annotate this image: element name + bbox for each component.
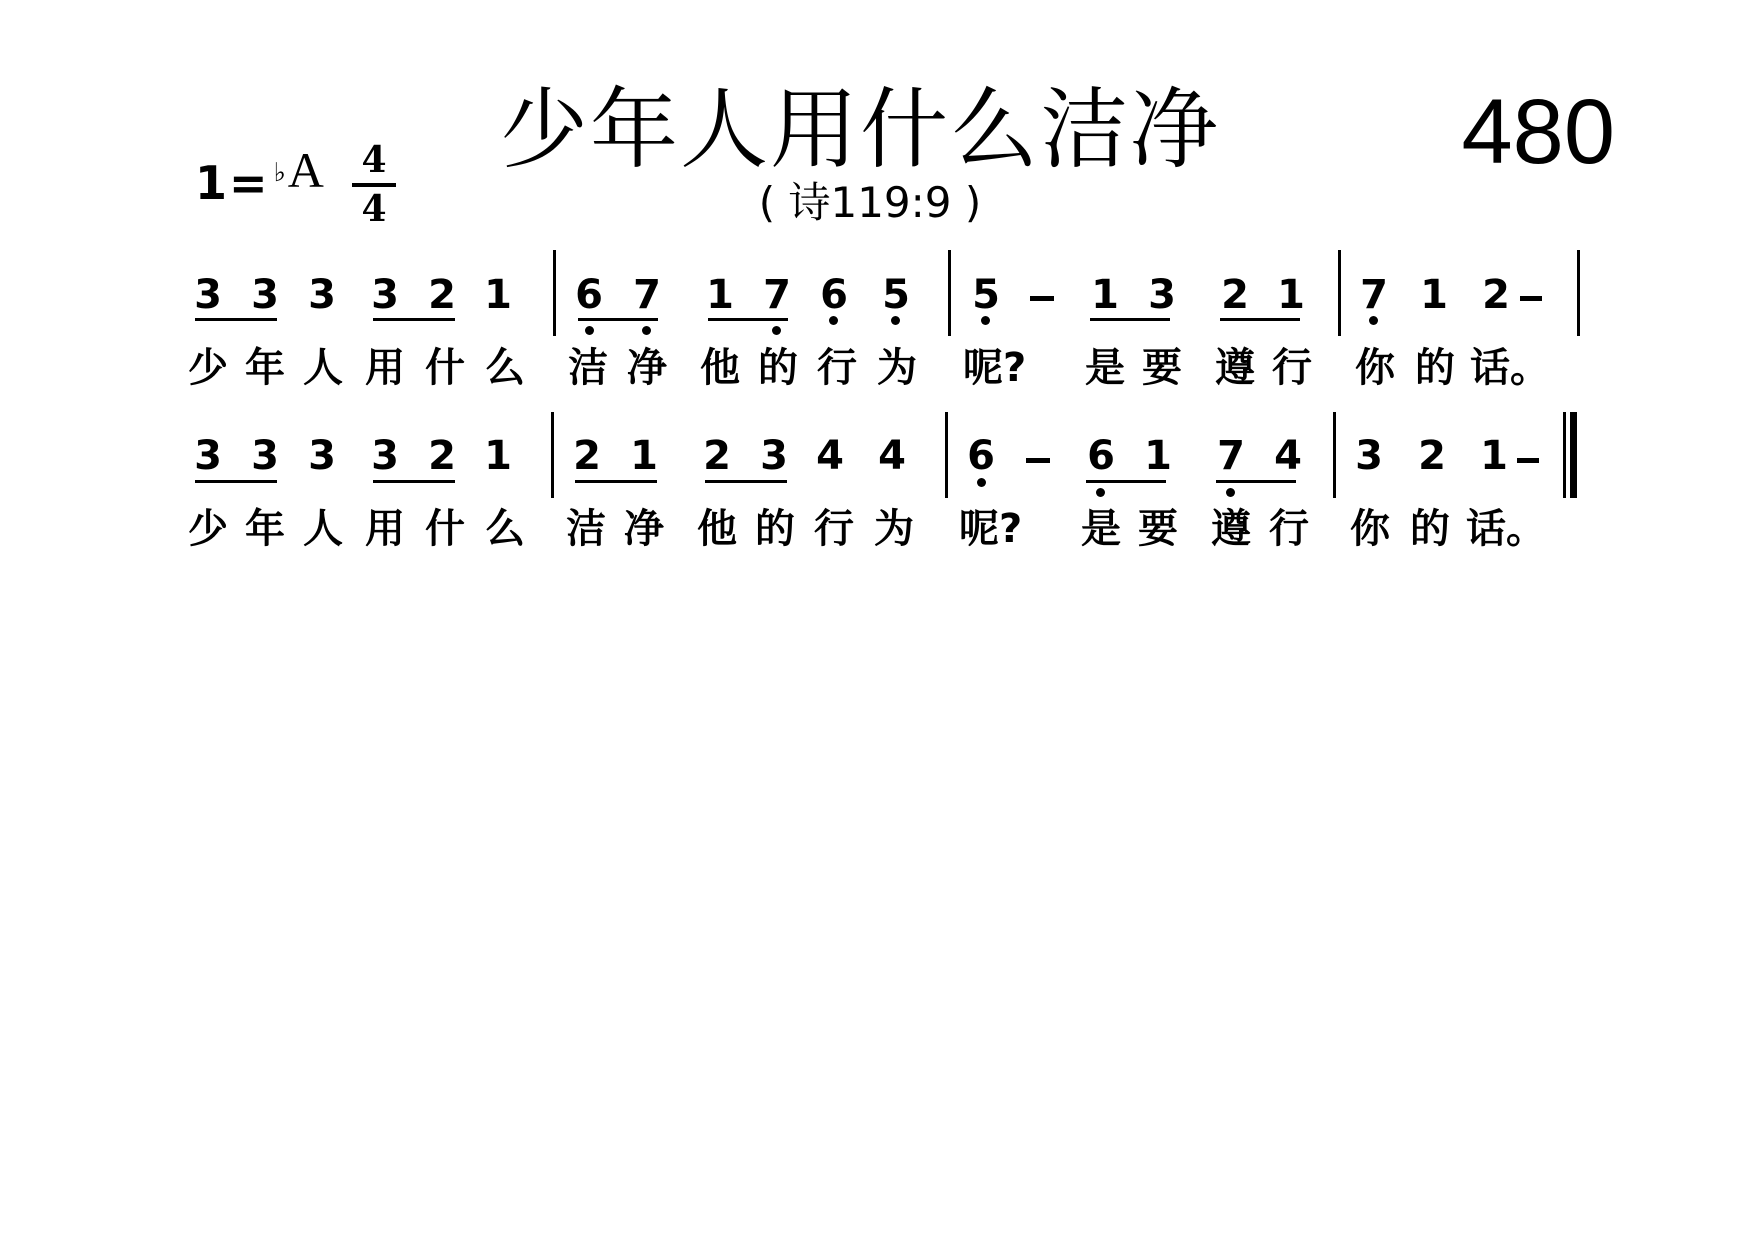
eighth-beam bbox=[705, 480, 787, 483]
eighth-beam bbox=[1216, 480, 1296, 483]
note: 3 bbox=[302, 273, 342, 317]
lyric: 要 bbox=[1137, 345, 1187, 391]
note: 2 bbox=[1476, 273, 1516, 317]
eighth-beam bbox=[195, 318, 277, 321]
lyric: 行 bbox=[809, 506, 859, 552]
note: 1 bbox=[478, 273, 518, 317]
low-octave-dot bbox=[642, 326, 651, 335]
barline bbox=[945, 412, 948, 498]
note: 4 bbox=[810, 434, 850, 478]
lyric: 的 bbox=[1410, 345, 1460, 391]
lyric: 的 bbox=[753, 345, 803, 391]
eighth-beam bbox=[195, 480, 277, 483]
page-title: 少年人用什么洁净 bbox=[430, 80, 1290, 180]
eighth-beam bbox=[373, 318, 455, 321]
note: 3 bbox=[1349, 434, 1389, 478]
barline bbox=[551, 412, 554, 498]
barline bbox=[948, 250, 951, 336]
lyric: 少 bbox=[183, 345, 233, 391]
key-note: A bbox=[286, 148, 326, 192]
lyric: 话。 bbox=[1470, 345, 1550, 391]
note: 3 bbox=[302, 434, 342, 478]
note: 1 bbox=[700, 273, 740, 317]
lyric: 为 bbox=[872, 345, 922, 391]
lyric: 是 bbox=[1076, 506, 1126, 552]
lyric: 净 bbox=[619, 506, 669, 552]
eighth-beam bbox=[1086, 480, 1166, 483]
lyric: 为 bbox=[869, 506, 919, 552]
lyric: 少 bbox=[183, 506, 233, 552]
note: 1 bbox=[1414, 273, 1454, 317]
note: 3 bbox=[365, 434, 405, 478]
lyric: 洁 bbox=[563, 345, 613, 391]
note: 2 bbox=[422, 273, 462, 317]
note: 2 bbox=[1412, 434, 1452, 478]
barline bbox=[1577, 250, 1580, 336]
eighth-beam bbox=[1090, 318, 1170, 321]
lyric: 行 bbox=[1267, 345, 1317, 391]
lyric: 遵 bbox=[1206, 506, 1256, 552]
lyric: 遵 bbox=[1210, 345, 1260, 391]
note: 5 bbox=[966, 273, 1006, 317]
flat-icon: ♭ bbox=[274, 158, 286, 188]
note: 3 bbox=[188, 273, 228, 317]
note: 3 bbox=[245, 434, 285, 478]
note: 2 bbox=[1215, 273, 1255, 317]
lyric: 是 bbox=[1080, 345, 1130, 391]
time-signature-bar bbox=[352, 183, 396, 187]
note: 2 bbox=[567, 434, 607, 478]
lyric: 你 bbox=[1345, 506, 1395, 552]
note: 6 bbox=[569, 273, 609, 317]
scripture-reference: ( 诗119:9 ) bbox=[670, 178, 1070, 228]
time-signature: 4 4 bbox=[352, 142, 396, 227]
eighth-beam bbox=[373, 480, 455, 483]
lyric: 什 bbox=[420, 506, 470, 552]
note: 3 bbox=[245, 273, 285, 317]
key-tonic: 1 bbox=[195, 156, 227, 210]
lyric: 净 bbox=[622, 345, 672, 391]
lyric: 么 bbox=[480, 506, 530, 552]
note: 6 bbox=[814, 273, 854, 317]
note: 7 bbox=[1354, 273, 1394, 317]
lyric: 人 bbox=[298, 345, 348, 391]
barline bbox=[1333, 412, 1336, 498]
note: 3 bbox=[365, 273, 405, 317]
low-octave-dot bbox=[829, 316, 838, 325]
barline bbox=[1338, 250, 1341, 336]
lyric: 人 bbox=[298, 506, 348, 552]
lyric: 话。 bbox=[1466, 506, 1546, 552]
lyric: 要 bbox=[1133, 506, 1183, 552]
lyric: 年 bbox=[240, 506, 290, 552]
lyric: 呢? bbox=[963, 345, 1043, 391]
time-denominator: 4 bbox=[352, 191, 396, 227]
eighth-beam bbox=[578, 318, 658, 321]
lyric: 行 bbox=[1264, 506, 1314, 552]
lyric: 洁 bbox=[561, 506, 611, 552]
sustain-dash bbox=[1520, 296, 1542, 301]
lyric: 的 bbox=[750, 506, 800, 552]
barline bbox=[553, 250, 556, 336]
note: 4 bbox=[872, 434, 912, 478]
low-octave-dot bbox=[977, 478, 986, 487]
note: 5 bbox=[876, 273, 916, 317]
low-octave-dot bbox=[981, 316, 990, 325]
final-barline-thick bbox=[1570, 412, 1577, 498]
note: 2 bbox=[422, 434, 462, 478]
lyric: 他 bbox=[695, 345, 745, 391]
note: 7 bbox=[1211, 434, 1251, 478]
lyric: 你 bbox=[1350, 345, 1400, 391]
lyric: 什 bbox=[420, 345, 470, 391]
note: 6 bbox=[961, 434, 1001, 478]
note: 1 bbox=[1474, 434, 1514, 478]
note: 1 bbox=[624, 434, 664, 478]
note: 2 bbox=[697, 434, 737, 478]
note: 3 bbox=[188, 434, 228, 478]
note: 7 bbox=[627, 273, 667, 317]
low-octave-dot bbox=[1226, 488, 1235, 497]
time-numerator: 4 bbox=[352, 142, 396, 178]
sustain-dash bbox=[1026, 458, 1050, 463]
eighth-beam bbox=[708, 318, 788, 321]
hymn-number: 480 bbox=[1425, 82, 1615, 182]
low-octave-dot bbox=[891, 316, 900, 325]
lyric: 行 bbox=[812, 345, 862, 391]
final-barline-thin bbox=[1563, 412, 1566, 498]
eighth-beam bbox=[1220, 318, 1300, 321]
note: 7 bbox=[757, 273, 797, 317]
lyric: 他 bbox=[692, 506, 742, 552]
sustain-dash bbox=[1030, 296, 1054, 301]
note: 3 bbox=[754, 434, 794, 478]
low-octave-dot bbox=[585, 326, 594, 335]
key-equals: = bbox=[229, 156, 268, 210]
low-octave-dot bbox=[1096, 488, 1105, 497]
low-octave-dot bbox=[1369, 316, 1378, 325]
note: 1 bbox=[1271, 273, 1311, 317]
note: 4 bbox=[1268, 434, 1308, 478]
note: 3 bbox=[1142, 273, 1182, 317]
note: 1 bbox=[1138, 434, 1178, 478]
lyric: 的 bbox=[1405, 506, 1455, 552]
note: 1 bbox=[1085, 273, 1125, 317]
lyric: 么 bbox=[480, 345, 530, 391]
note: 6 bbox=[1081, 434, 1121, 478]
lyric: 用 bbox=[360, 345, 410, 391]
key-signature: 1=♭A bbox=[195, 148, 286, 208]
lyric: 年 bbox=[240, 345, 290, 391]
lyric: 用 bbox=[360, 506, 410, 552]
lyric: 呢? bbox=[959, 506, 1039, 552]
low-octave-dot bbox=[772, 326, 781, 335]
eighth-beam bbox=[575, 480, 657, 483]
sustain-dash bbox=[1517, 458, 1539, 463]
note: 1 bbox=[478, 434, 518, 478]
